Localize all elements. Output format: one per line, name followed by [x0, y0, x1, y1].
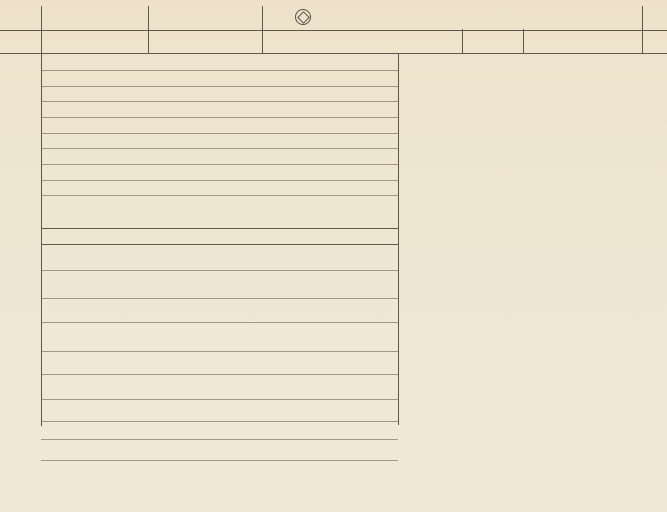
header-rule — [0, 53, 667, 54]
catalog-card — [0, 0, 667, 512]
column-divider — [398, 53, 399, 425]
republic-emblem-icon — [295, 9, 311, 25]
header-divider — [462, 29, 463, 54]
autore-value — [99, 135, 107, 149]
header-rule — [0, 30, 667, 31]
header-divider — [523, 29, 524, 54]
left-margin-rule — [41, 6, 42, 426]
